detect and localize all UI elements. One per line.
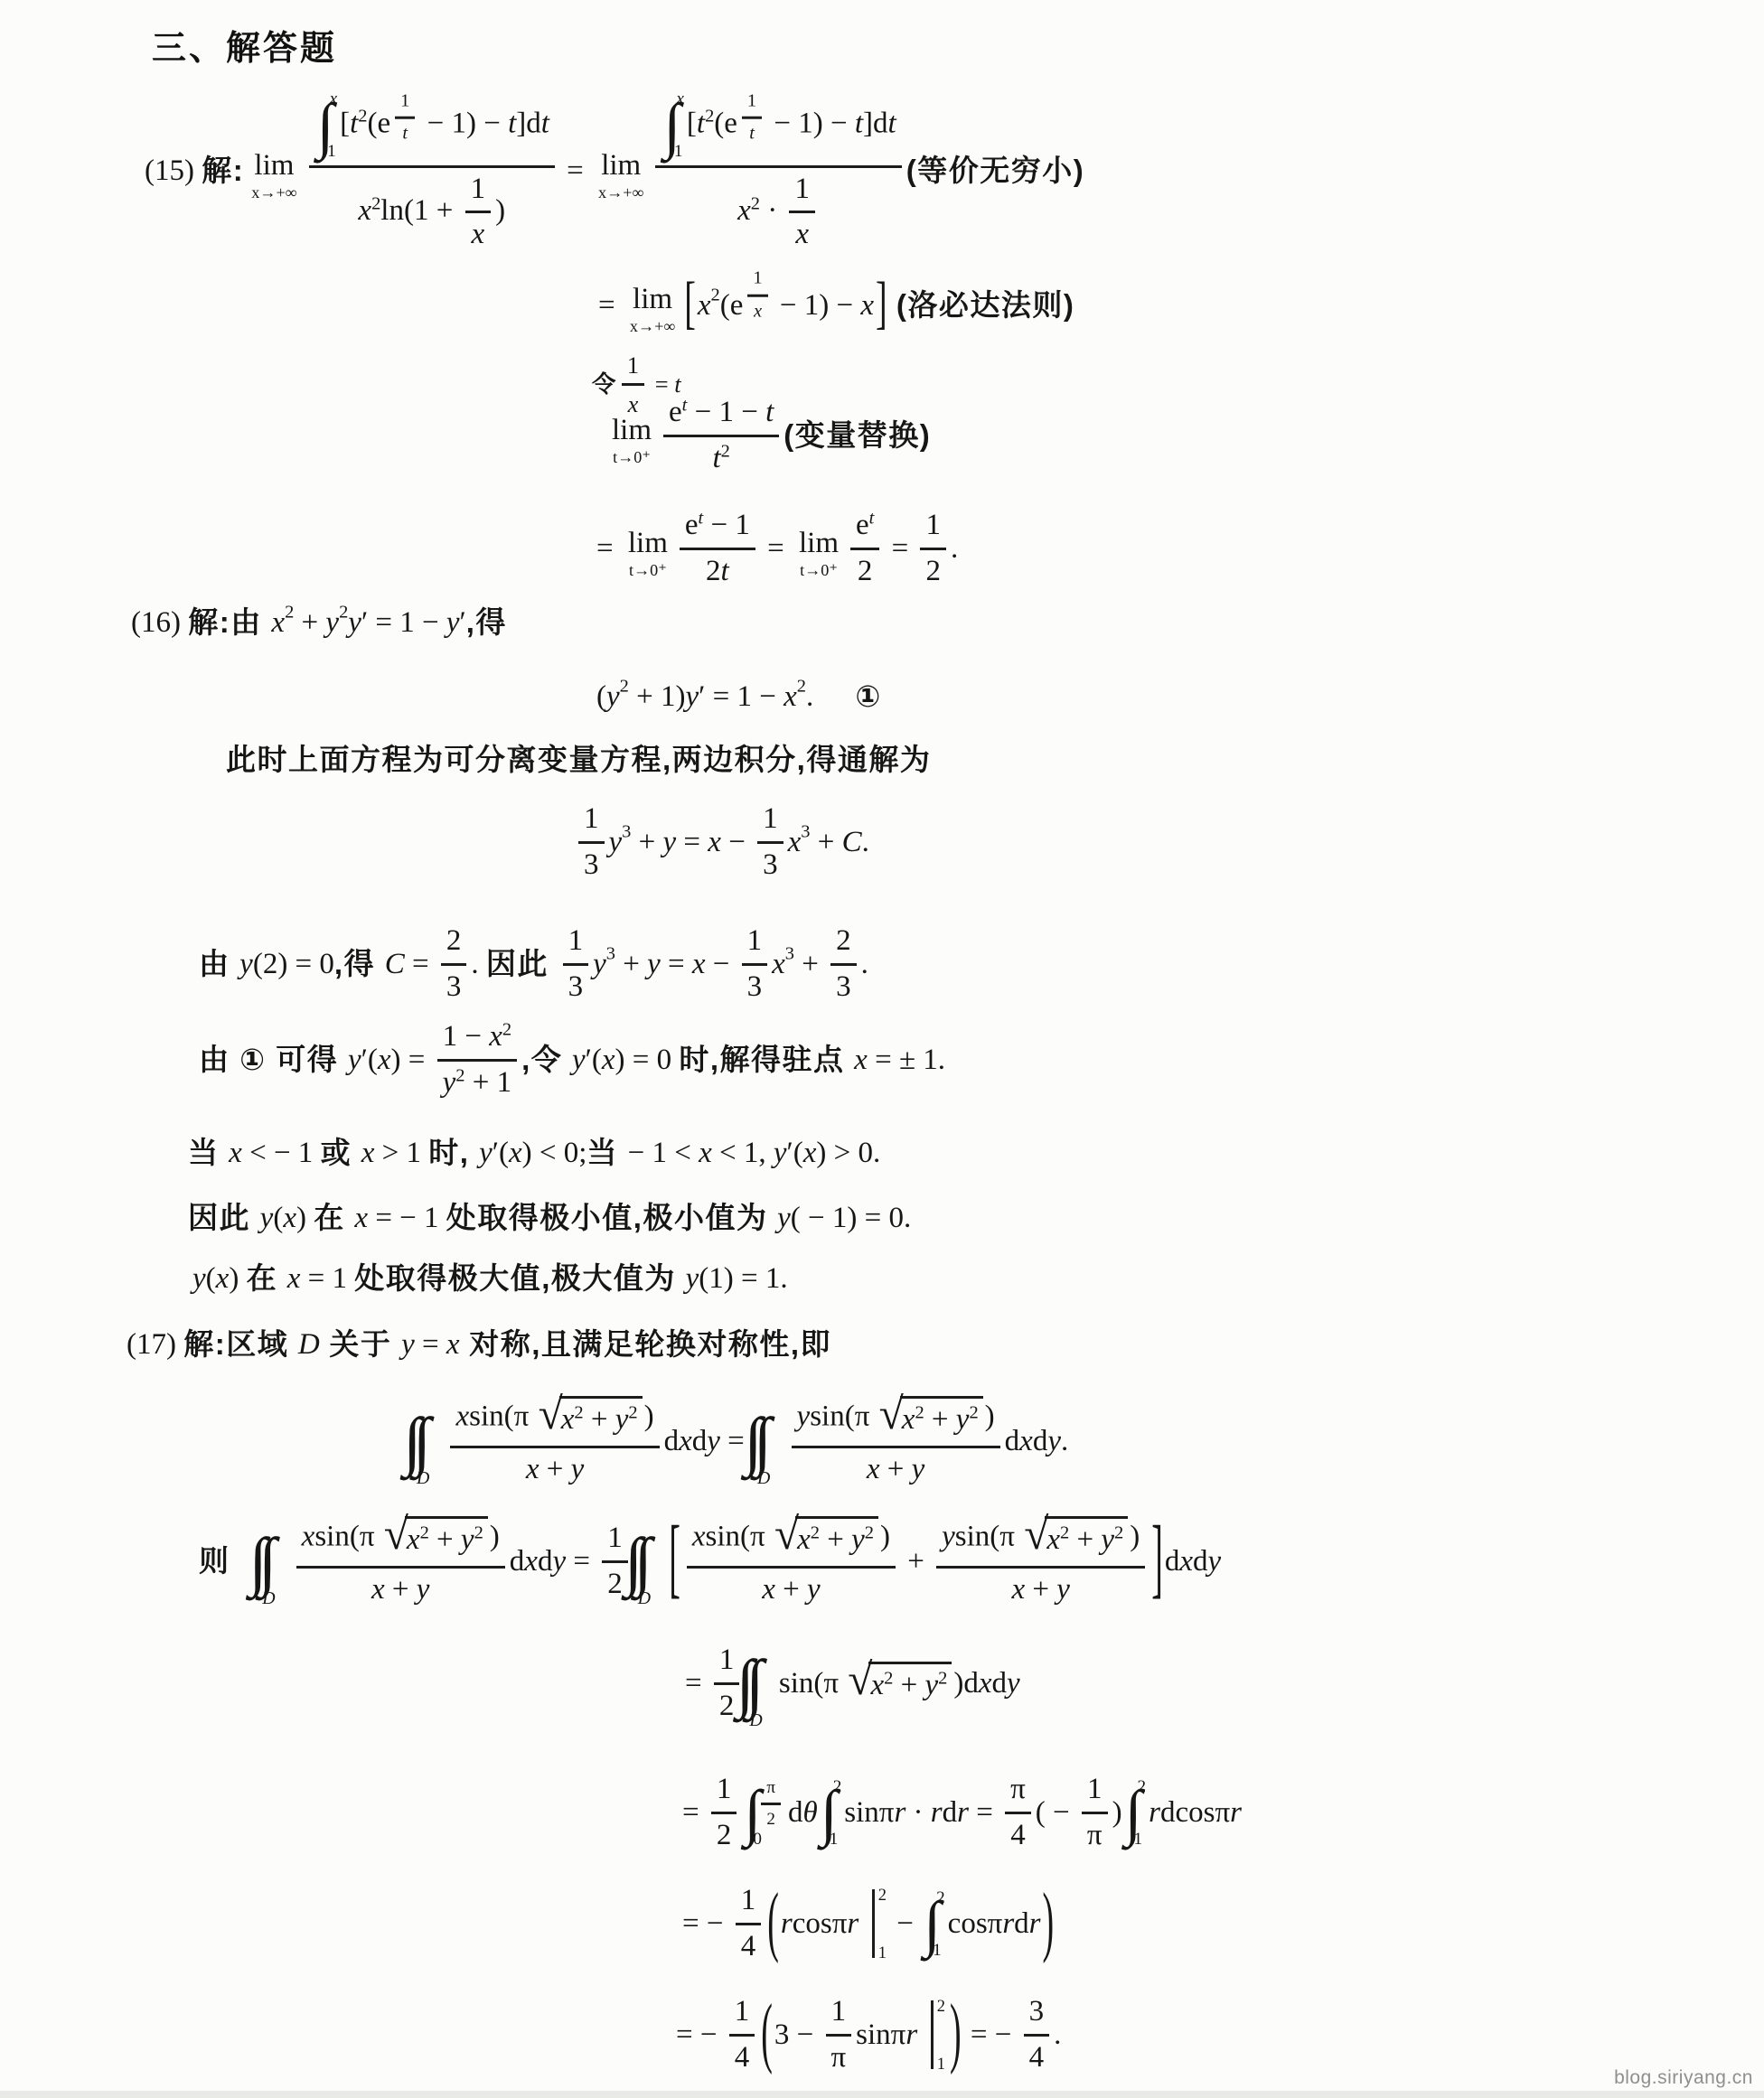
math-text: ′(	[493, 1134, 509, 1173]
big-delimiter: ]	[1151, 1517, 1163, 1606]
superscript: 2	[721, 443, 730, 461]
math-text: < 1,	[712, 1134, 774, 1173]
radical: √x2 + y2	[539, 1396, 643, 1441]
math-text: π	[1010, 1773, 1026, 1805]
p17-line-5: = 12∫π20dθ∫21sinπr · rdr = π4( − 1π)∫21r…	[682, 1773, 1242, 1853]
math-variable: y	[552, 1542, 566, 1581]
big-delimiter: [	[684, 276, 696, 335]
fraction-denominator: 4	[729, 2037, 755, 2075]
double-integral-sign-icon: ∫∫	[413, 1411, 440, 1472]
superscript: 2	[797, 678, 806, 696]
math-variable: y	[1101, 1523, 1114, 1556]
fraction-numerator: ysin(π √x2 + y2)	[792, 1396, 1000, 1448]
radical-sign-icon: √	[384, 1512, 408, 1557]
math-text: 2	[371, 193, 380, 213]
math-text: 3	[747, 970, 763, 1003]
math-text: 2	[719, 1690, 735, 1722]
math-text: [	[340, 107, 350, 139]
math-variable: y	[777, 1199, 791, 1238]
superscript: 3	[785, 945, 794, 963]
math-variable: x	[676, 89, 684, 108]
fraction: 12	[714, 1644, 740, 1724]
superscript: 2	[620, 678, 629, 696]
math-variable: y	[924, 1669, 938, 1701]
radical-sign-icon: √	[539, 1391, 563, 1437]
evaluation-bar: 21	[872, 1887, 887, 1962]
limit-word: lim	[612, 416, 652, 445]
math-variable: t	[888, 107, 896, 139]
math-variable: y	[348, 1041, 361, 1080]
math-text: 1	[747, 90, 756, 110]
math-text: d	[991, 1664, 1007, 1703]
math-variable: D	[298, 1325, 320, 1364]
math-variable: y	[1056, 1573, 1070, 1606]
p16-line-3: 此时上面方程为可分离变量方程,两边积分,得通解为	[226, 741, 931, 780]
math-text	[889, 286, 896, 325]
math-text: +	[900, 1542, 932, 1581]
chinese-text: ,令	[521, 1041, 572, 1080]
fraction-numerator: xsin(π √x2 + y2)	[687, 1516, 896, 1569]
math-text: = −	[682, 1905, 731, 1943]
p16-line-4: 13y3 + y = x − 13x3 + C.	[574, 802, 869, 883]
math-variable: x	[378, 1041, 391, 1080]
math-text: d	[538, 1542, 553, 1581]
math-variable: t	[350, 107, 358, 139]
math-text: d	[1193, 1542, 1208, 1581]
limit-word: lim	[633, 285, 672, 314]
math-variable: y	[647, 945, 661, 984]
math-text: 0	[753, 1830, 762, 1849]
fraction-denominator: 2	[602, 1563, 628, 1602]
math-text: 1	[753, 268, 762, 288]
math-text: π	[766, 1778, 775, 1797]
math-variable: y	[571, 1453, 585, 1485]
math-text: 3	[801, 822, 810, 842]
fraction-numerator: xsin(π √x2 + y2)	[296, 1516, 505, 1569]
math-text: 4	[741, 1930, 756, 1962]
chinese-text: 因此	[188, 1199, 260, 1238]
fraction-numerator: 1	[563, 924, 589, 966]
math-variable: y	[851, 1523, 865, 1556]
math-text: 4	[1029, 2041, 1045, 2074]
radical: √x2 + y2	[879, 1396, 983, 1441]
math-text: 1	[925, 509, 941, 541]
math-variable: y	[401, 1325, 415, 1364]
math-text: 2	[285, 603, 294, 623]
fraction-denominator: x + y	[450, 1448, 659, 1487]
math-text: 1	[717, 1773, 732, 1805]
p15-line-4: = limt→0⁺et − 12t = limt→0⁺et2 = 12.	[596, 509, 958, 589]
math-variable: y	[593, 945, 606, 984]
math-variable: x	[561, 1403, 575, 1436]
math-variable: x	[1046, 1523, 1060, 1556]
limit-operator: limx→+∞	[630, 285, 675, 334]
math-variable: x	[287, 1260, 301, 1298]
math-text: =	[884, 529, 915, 568]
math-text: 1	[584, 802, 599, 835]
double-integral-sign-icon: ∫∫	[258, 1531, 286, 1592]
fraction-numerator: 2	[441, 924, 467, 966]
chinese-text: 此时上面方程为可分离变量方程,两边积分,得通解为	[226, 741, 931, 780]
math-text: =	[760, 529, 792, 568]
math-text: sin(π	[706, 1520, 773, 1552]
fraction-denominator: 2t	[680, 550, 755, 589]
fraction-numerator: 1	[789, 173, 815, 214]
fraction-denominator: x + y	[687, 1569, 896, 1607]
math-variable: x	[358, 194, 371, 227]
math-text: 2	[717, 1819, 732, 1851]
fraction-denominator: 2	[711, 1814, 737, 1853]
integral-upper-limit: 2	[833, 1778, 842, 1795]
math-text: (	[596, 678, 606, 717]
superscript: 2	[502, 1021, 511, 1039]
fraction-numerator: et − 1	[680, 509, 755, 550]
fraction-denominator: x + y	[296, 1569, 505, 1607]
fraction: 23	[441, 924, 467, 1005]
math-variable: x	[797, 1523, 811, 1556]
chinese-text: 解:	[202, 152, 244, 191]
radical: √x2 + y2	[774, 1516, 878, 1561]
p16-line-9: y(x) 在 x = 1 处取得极大值,极大值为 y(1) = 1.	[192, 1260, 788, 1298]
math-text: cosπ	[793, 1905, 848, 1943]
big-delimiter: )	[1043, 1885, 1055, 1963]
chinese-text: 因此	[486, 945, 558, 984]
math-variable: x	[692, 1520, 706, 1552]
integral: ∫21	[1125, 1778, 1147, 1849]
math-variable: t	[869, 509, 875, 529]
math-variable: x	[698, 286, 711, 325]
math-variable: x	[762, 1573, 775, 1606]
math-text: +	[880, 1453, 912, 1485]
fraction: ysin(π √x2 + y2)x + y	[936, 1516, 1145, 1606]
math-variable: x	[407, 1523, 420, 1556]
math-text: +	[615, 945, 647, 984]
radicand: x2 + y2	[559, 1396, 643, 1436]
math-text: < − 1	[242, 1134, 321, 1173]
superscript: 2	[474, 1524, 483, 1542]
fraction-numerator: π	[761, 1778, 781, 1805]
p17-line-1: (17) 解:区域 D 关于 y = x 对称,且满足轮换对称性,即	[127, 1325, 831, 1364]
math-variable: t	[749, 124, 755, 144]
math-variable: r	[1029, 1905, 1041, 1943]
integral-upper-limit: 2	[936, 1889, 945, 1906]
math-text: =	[676, 823, 708, 862]
superscript: 1x	[743, 268, 772, 323]
chinese-text: (等价无穷小)	[906, 152, 1084, 191]
big-delimiter: [	[669, 1517, 680, 1606]
math-variable: x	[472, 218, 485, 250]
fraction: et2	[850, 509, 879, 589]
limit-word: lim	[601, 151, 641, 181]
math-text: − 1) −	[766, 107, 855, 139]
limit-subscript: x→+∞	[251, 184, 296, 201]
math-text: ( − 1) = 0.	[791, 1199, 911, 1238]
math-variable: C	[385, 945, 405, 984]
math-text: +	[385, 1573, 417, 1606]
math-text: .	[951, 529, 958, 568]
math-variable: x	[446, 1325, 460, 1364]
math-text: − 1) −	[773, 286, 861, 325]
math-text: 1	[763, 802, 778, 835]
math-text: 1	[937, 2055, 945, 2073]
math-variable: y	[260, 1199, 274, 1238]
math-text: ′	[460, 604, 466, 642]
double-integral-sign-icon: ∫∫	[746, 1653, 773, 1714]
math-text: .	[471, 945, 486, 984]
integral-lower-limit: 0	[753, 1831, 785, 1848]
math-text: 2	[811, 1523, 820, 1543]
fraction-numerator: 1	[742, 924, 768, 966]
math-text: 2	[574, 1403, 583, 1423]
fraction-denominator: 3	[830, 966, 857, 1005]
math-text: 1	[327, 142, 336, 161]
math-text: (e	[720, 286, 744, 325]
fraction-denominator: 3	[578, 844, 605, 883]
math-variable: x	[302, 1520, 315, 1552]
math-text: +	[539, 1453, 570, 1485]
math-text: 2	[865, 1523, 874, 1543]
fraction-numerator: π	[1005, 1773, 1031, 1814]
p17-line-3: 则∫∫Dxsin(π √x2 + y2)x + ydxdy = 12∫∫D[xs…	[199, 1516, 1221, 1606]
math-variable: y	[774, 1134, 787, 1173]
integral-upper-limit: x	[676, 90, 684, 108]
math-variable: y	[1208, 1542, 1222, 1581]
math-variable: x	[354, 1199, 368, 1238]
fraction: 1π	[826, 1995, 852, 2075]
math-text: (1) = 1.	[699, 1260, 787, 1298]
evaluation-lower-limit: 1	[878, 1944, 887, 1961]
p17-line-6: = − 14(rcosπr21 − ∫21cosπrdr)	[682, 1884, 1056, 1964]
superscript: 2	[751, 194, 760, 212]
math-text: sin(π	[810, 1400, 877, 1432]
math-text: d	[1014, 1905, 1029, 1943]
superscript: 2	[574, 1404, 583, 1422]
math-variable: x	[699, 1134, 712, 1173]
math-variable: y	[609, 823, 623, 862]
double-integral-domain: D	[262, 1590, 275, 1608]
math-variable: x	[902, 1403, 915, 1436]
fraction-denominator: x + y	[936, 1569, 1145, 1607]
math-text: 2	[1138, 1777, 1147, 1796]
chinese-text: 由	[199, 945, 239, 984]
math-text: 1	[741, 1884, 756, 1916]
math-text: −	[706, 945, 737, 984]
superscript: 2	[915, 1404, 924, 1422]
chinese-text: 关于	[320, 1325, 401, 1364]
superscript: 2	[711, 286, 720, 304]
fraction-numerator: 1	[1082, 1773, 1108, 1814]
math-text: sin(π	[955, 1520, 1022, 1552]
evaluation-bar-line	[872, 1889, 875, 1958]
math-variable: x	[489, 1020, 502, 1053]
math-text: .	[861, 945, 868, 984]
math-text: +	[429, 1523, 461, 1556]
math-text: =	[649, 369, 674, 399]
math-text: 2	[358, 107, 367, 126]
math-variable: x	[979, 1664, 992, 1703]
math-text: =	[685, 1664, 709, 1703]
fraction-denominator: y2 + 1	[437, 1062, 518, 1101]
big-delimiter: )	[950, 1996, 962, 2075]
math-variable: r	[957, 1794, 969, 1832]
math-text: 2	[721, 442, 730, 462]
math-variable: y	[239, 945, 253, 984]
fraction-numerator: 3	[1024, 1995, 1050, 2037]
math-text: =	[661, 945, 692, 984]
math-variable: x	[1011, 1573, 1025, 1606]
math-text: ′(	[586, 1041, 602, 1080]
fraction-numerator: 1	[578, 802, 605, 844]
math-text: 3 −	[774, 2016, 821, 2055]
integral-upper-limit: x	[330, 90, 338, 108]
evaluation-bar: 21	[931, 1998, 945, 2073]
math-text: +	[810, 823, 841, 862]
integral-lower-limit: 1	[1134, 1831, 1147, 1848]
math-variable: y	[797, 1400, 811, 1432]
math-variable: x	[679, 1422, 692, 1461]
fraction: π4	[1005, 1773, 1031, 1853]
fraction-numerator: 1	[742, 90, 762, 119]
superscript: 3	[622, 823, 631, 841]
math-variable: r	[1149, 1794, 1160, 1832]
math-text: (2) = 0	[253, 945, 334, 984]
math-text: 2	[751, 193, 760, 213]
math-text: +	[820, 1523, 851, 1556]
limit-subscript: t→0⁺	[629, 562, 667, 578]
math-text: 2	[858, 555, 873, 587]
math-text: 2	[628, 1403, 637, 1423]
integral-upper-limit: 2	[1138, 1778, 1147, 1795]
math-text: −	[889, 1905, 921, 1943]
fraction-denominator: π	[826, 2037, 852, 2075]
superscript: 2	[938, 1669, 947, 1687]
math-text: =	[559, 152, 591, 191]
fraction-numerator: 1	[622, 351, 644, 386]
math-variable: x	[361, 1134, 375, 1173]
math-text: (e	[714, 107, 737, 139]
math-text: 1	[735, 1995, 750, 2028]
integral-lower-limit: 1	[326, 143, 338, 160]
fraction-numerator: 1	[714, 1644, 740, 1685]
chinese-text: 处取得极小值,极小值为	[446, 1199, 777, 1238]
math-text: 2	[620, 677, 629, 697]
limit-subscript: t→0⁺	[613, 449, 651, 465]
math-text: 1	[878, 1943, 887, 1962]
math-variable: y	[707, 1422, 720, 1461]
big-delimiter: (	[767, 1885, 779, 1963]
math-text: ]d	[863, 107, 888, 139]
math-text: d	[1033, 1422, 1048, 1461]
fraction-denominator: π	[1082, 1814, 1108, 1853]
math-text: −	[721, 823, 753, 862]
math-text: 2	[420, 1523, 429, 1543]
math-variable: x	[371, 1573, 385, 1606]
integral: ∫x1	[663, 90, 683, 161]
integral-lower-limit: 1	[830, 1831, 842, 1848]
math-text: +	[893, 1669, 924, 1701]
math-text: 1	[831, 1995, 847, 2028]
math-variable: x	[524, 1542, 538, 1581]
math-text: d	[788, 1794, 803, 1832]
fraction-numerator: 1	[711, 1773, 737, 1814]
chinese-text: 解:	[188, 604, 230, 642]
double-integral: ∫∫D	[634, 1531, 661, 1608]
p17-line-7: = − 14(3 − 1πsinπr21) = − 34.	[676, 1995, 1061, 2075]
math-text: sinπ	[856, 2016, 905, 2055]
math-text: 1	[400, 90, 409, 110]
fraction-numerator: 1 − x2	[437, 1020, 518, 1062]
math-variable: x	[772, 945, 785, 984]
integral-upper-limit: π2	[756, 1778, 785, 1830]
math-text: )	[490, 1520, 500, 1552]
math-text: d	[510, 1542, 525, 1581]
math-variable: y	[942, 1520, 955, 1552]
limit-operator: limx→+∞	[598, 151, 643, 201]
fraction-denominator: x	[465, 213, 492, 252]
fraction: ysin(π √x2 + y2)x + y	[792, 1396, 1000, 1486]
radical: √x2 + y2	[384, 1516, 488, 1561]
math-text: sinπ	[844, 1794, 894, 1832]
fraction-denominator: 2	[714, 1685, 740, 1724]
p15-line-3: 令1x = tlimt→0⁺et − 1 − tt2(变量替换)	[592, 396, 931, 476]
math-text: 2	[339, 603, 348, 623]
math-text: sin(π	[779, 1664, 846, 1703]
radicand: x2 + y2	[1045, 1516, 1128, 1556]
math-text: ]d	[516, 107, 541, 139]
superscript: t	[699, 510, 704, 528]
double-integral-sign-icon: ∫∫	[634, 1531, 661, 1592]
math-text: π	[1087, 1819, 1102, 1851]
math-variable: x	[271, 604, 285, 642]
math-text: 2	[706, 555, 721, 587]
math-text: sin(π	[314, 1520, 381, 1552]
superscript: 2	[1060, 1524, 1069, 1542]
fraction: 13	[757, 802, 783, 883]
fraction-denominator: t	[395, 119, 415, 145]
math-text: =	[969, 1794, 1000, 1832]
math-variable: x	[860, 286, 874, 325]
math-text: + 1	[464, 1066, 511, 1099]
math-text: 3	[568, 970, 584, 1003]
superscript: t	[682, 397, 688, 415]
p16-line-1: (16) 解:由 x2 + y2y′ = 1 − y′,得	[131, 604, 507, 642]
math-text: )	[644, 1400, 654, 1432]
math-text: d	[692, 1422, 708, 1461]
superscript: 1t	[390, 90, 419, 145]
limit-word: lim	[799, 529, 839, 558]
fraction-denominator: 2	[850, 550, 879, 589]
fraction: 13	[578, 802, 605, 883]
evaluation-limits: 21	[937, 1998, 945, 2073]
math-variable: r	[1230, 1794, 1242, 1832]
integral: ∫21	[924, 1889, 945, 1960]
superscript: 2	[1114, 1524, 1123, 1542]
superscript: 2	[285, 604, 294, 622]
fraction-numerator: ∫x1[t2(e1t − 1) − t]dt	[309, 90, 555, 168]
fraction-denominator: 3	[757, 844, 783, 883]
math-text: + 1)	[629, 678, 686, 717]
math-variable: y	[685, 678, 699, 717]
fraction: 1 − x2y2 + 1	[437, 1020, 518, 1101]
fraction-denominator: 4	[736, 1925, 762, 1964]
integral-limits: 21	[1138, 1778, 1147, 1849]
math-text: 2	[936, 1888, 945, 1907]
integral: ∫π20	[744, 1778, 785, 1849]
math-variable: y	[912, 1453, 925, 1485]
math-text: (	[273, 1199, 283, 1238]
fraction-denominator: x	[747, 296, 767, 323]
chinese-text: 对称,且满足轮换对称性,即	[460, 1325, 832, 1364]
